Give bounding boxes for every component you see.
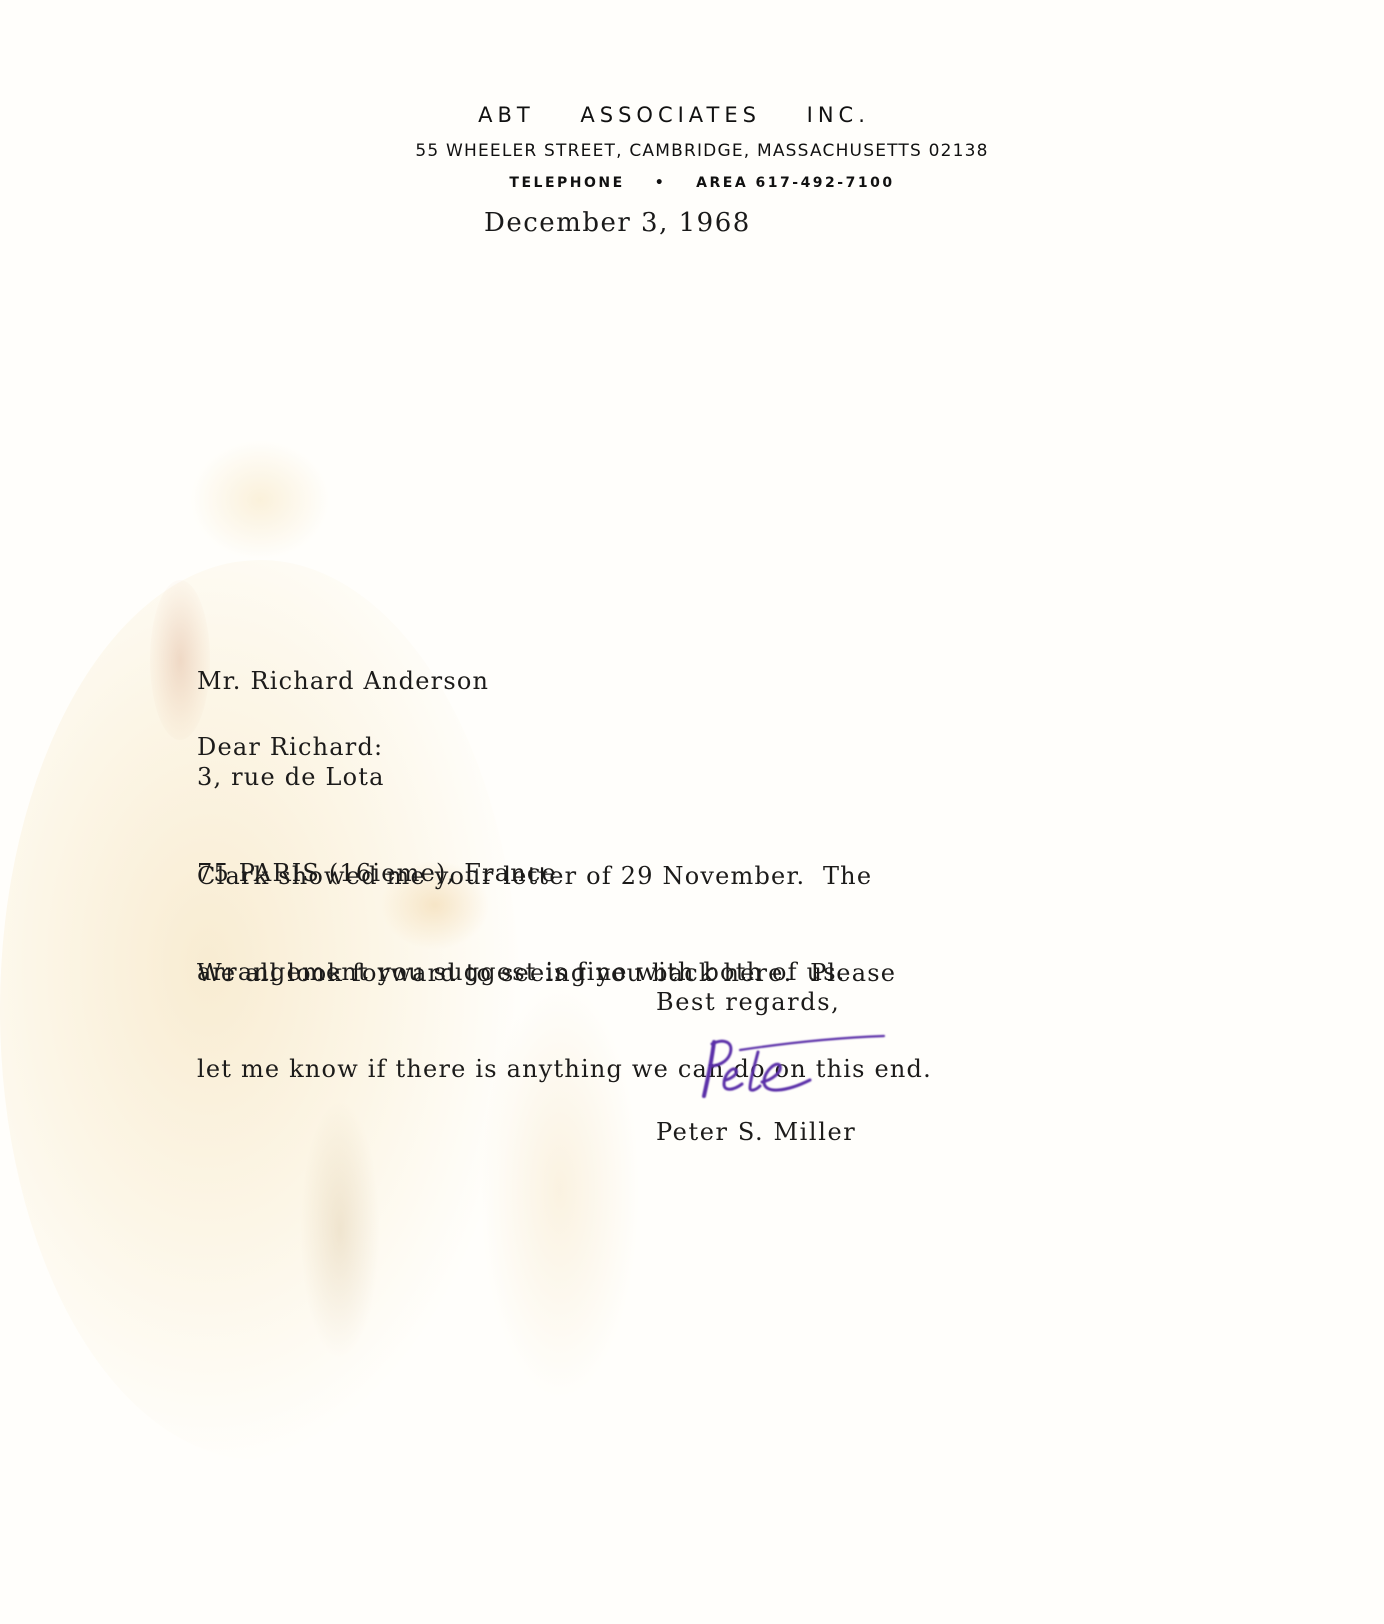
paragraph-line: Clark showed me your letter of 29 Novemb… (197, 860, 872, 892)
letter-date: December 3, 1968 (484, 208, 751, 238)
bullet-separator: • (655, 175, 666, 191)
handwritten-signature (700, 1028, 900, 1108)
salutation: Dear Richard: (197, 731, 383, 763)
signer-name: Peter S. Miller (656, 1118, 856, 1146)
paper-stain (190, 440, 330, 560)
closing: Best regards, (656, 988, 840, 1016)
recipient-name: Mr. Richard Anderson (197, 665, 557, 697)
paper-stain (300, 1100, 380, 1360)
recipient-street: 3, rue de Lota (197, 761, 557, 793)
letterhead-company: ABT ASSOCIATES INC. (0, 103, 1366, 127)
letterhead-address: 55 WHEELER STREET, CAMBRIDGE, MASSACHUSE… (10, 141, 1384, 161)
letterhead-phone: TELEPHONE•AREA 617-492-7100 (10, 175, 1384, 191)
phone-number: AREA 617-492-7100 (696, 175, 894, 191)
paragraph-line: We all look forward to seeing you back h… (197, 957, 932, 989)
phone-label: TELEPHONE (509, 175, 624, 191)
